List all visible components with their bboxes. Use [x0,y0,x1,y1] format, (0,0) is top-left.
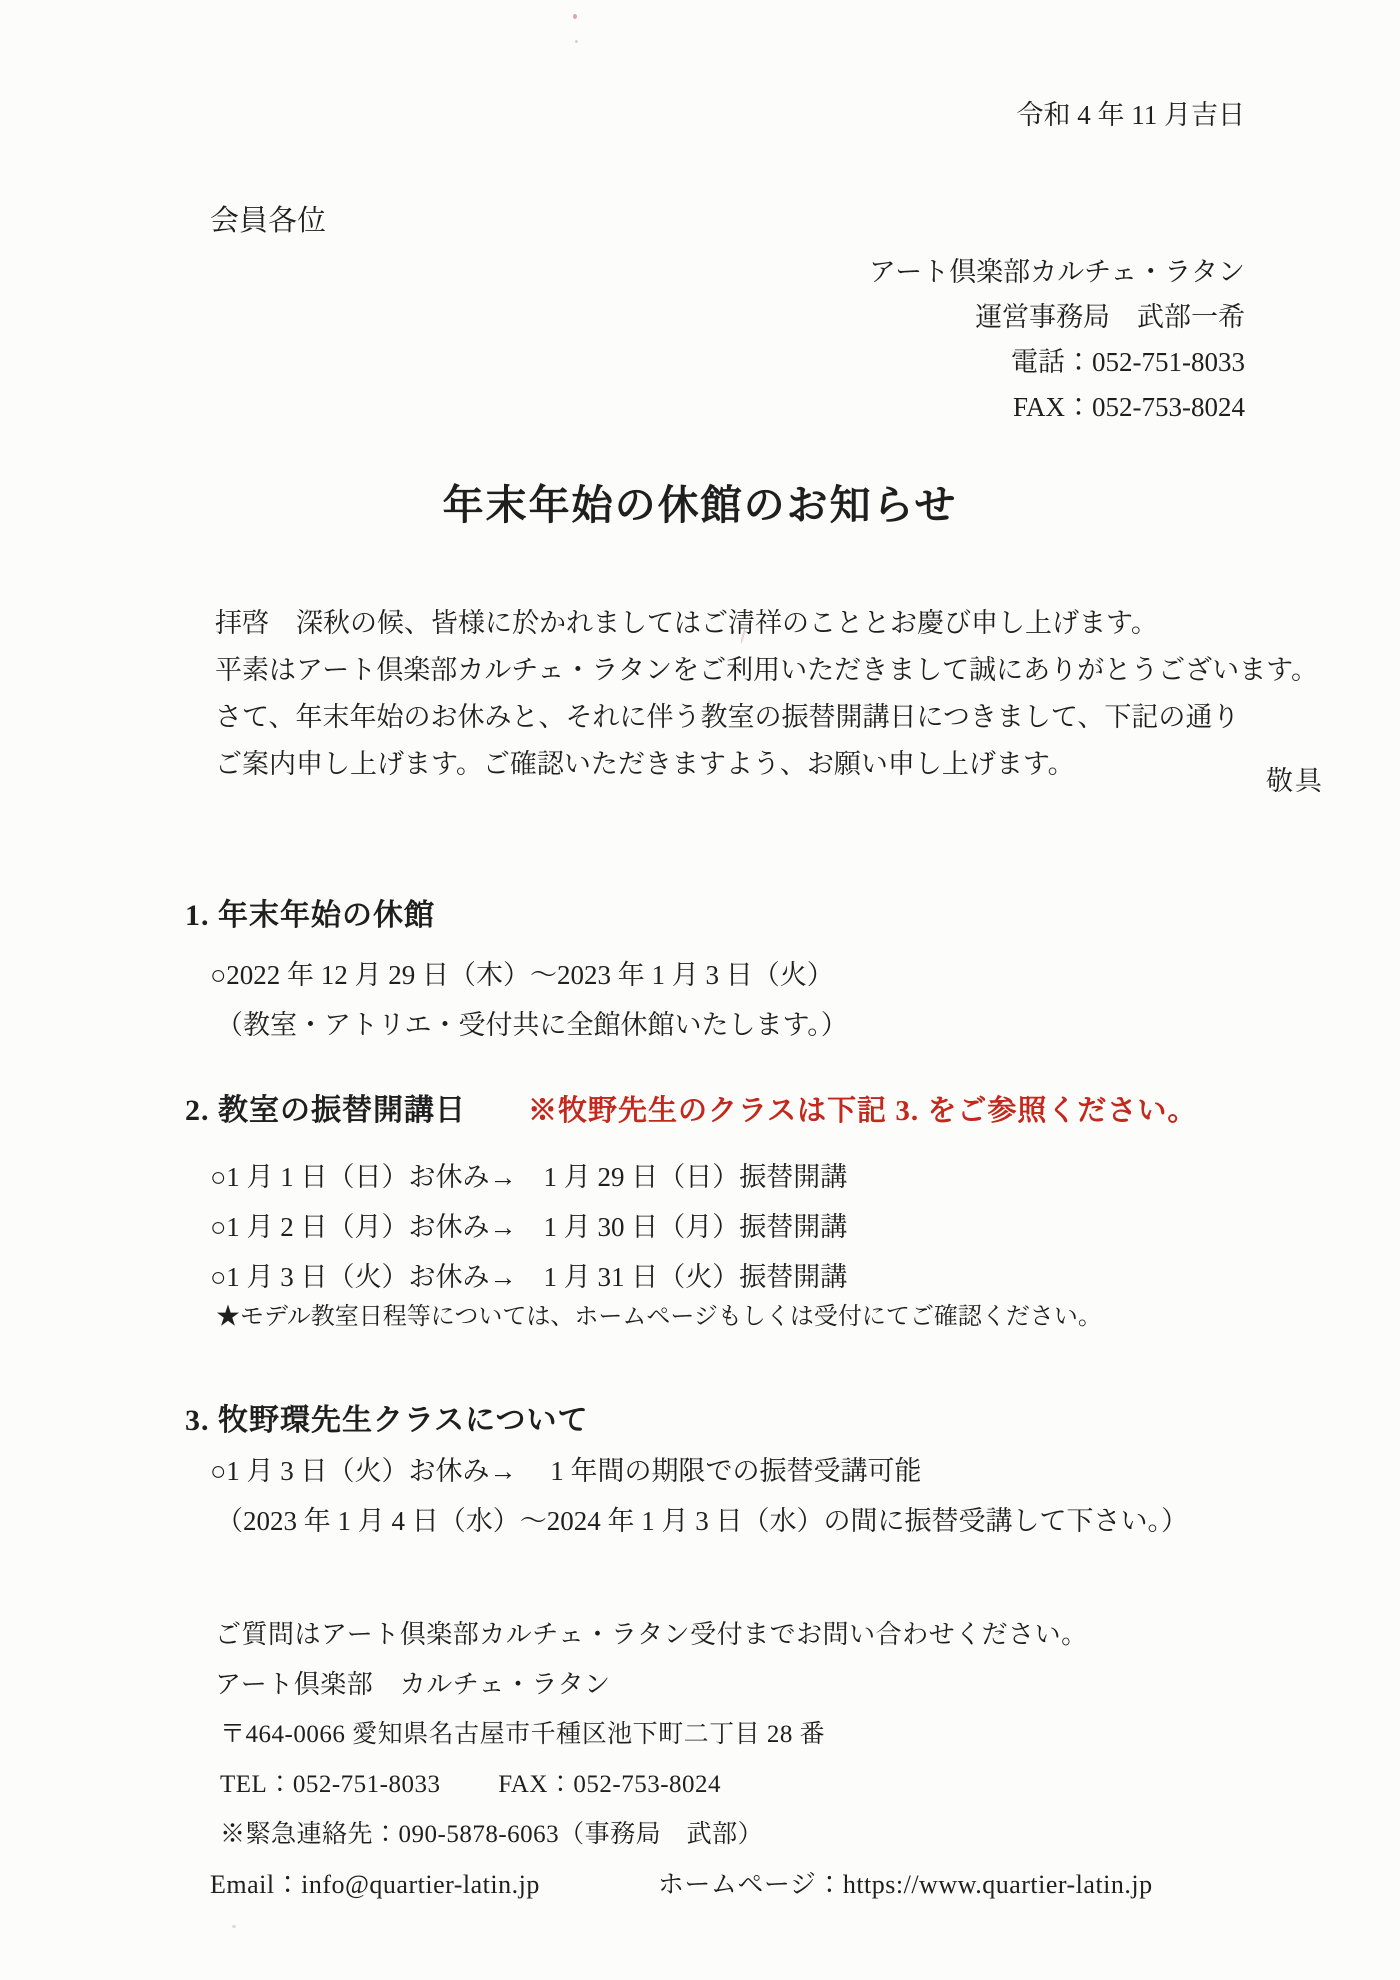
section2-red-note: ※牧野先生のクラスは下記 3. をご参照ください。 [528,1095,1197,1127]
sender-block: アート倶楽部カルチェ・ラタン 運営事務局 武部一希 電話：052-751-803… [869,250,1245,430]
footer-homepage: ホームページ：https://www.quartier-latin.jp [658,1870,1153,1899]
section1-detail: （教室・アトリエ・受付共に全館休館いたします。） [216,1012,848,1039]
document-page: 令和 4 年 11 月吉日 会員各位 アート倶楽部カルチェ・ラタン 運営事務局 … [0,0,1400,1980]
body-line-2: 平素はアート倶楽部カルチェ・ラタンをご利用いただきまして誠にありがとうございます… [215,647,1318,694]
section2-item-1: ○1 月 1 日（日）お休み→ 1 月 29 日（日）振替開講 [210,1152,847,1202]
closing-word: 敬具 [1266,768,1324,795]
footer-email-row: Email：info@quartier-latin.jpホームページ：https… [210,1872,1153,1898]
section2-item-2: ○1 月 2 日（月）お休み→ 1 月 30 日（月）振替開講 [210,1202,847,1252]
body-line-3: さて、年末年始のお休みと、それに伴う教室の振替開講日につきまして、下記の通り [215,694,1318,741]
scan-speck [708,700,711,704]
section3-heading: 3. 牧野環先生クラスについて [185,1395,589,1439]
section3-line-1: ○1 月 3 日（火）お休み→ 1 年間の期限での振替受講可能 [210,1458,922,1485]
sender-org: アート倶楽部カルチェ・ラタン [869,250,1245,295]
footer-tel-fax: TEL：052-751-8033 FAX：052-753-8024 [220,1772,721,1797]
sender-fax: FAX：052-753-8024 [869,385,1245,430]
footer-emergency: ※緊急連絡先：090-5878-6063（事務局 武部） [220,1822,763,1847]
recipient-line: 会員各位 [210,198,326,239]
section2-star-note: ★モデル教室日程等については、ホームページもしくは受付にてご確認ください。 [216,1305,1102,1329]
footer-email: Email：info@quartier-latin.jp [210,1870,540,1899]
document-date: 令和 4 年 11 月吉日 [1017,102,1246,129]
section1-dates: ○2022 年 12 月 29 日（木）～2023 年 1 月 3 日（火） [210,962,834,989]
sender-tel: 電話：052-751-8033 [869,340,1245,385]
section3-line-2: （2023 年 1 月 4 日（水）～2024 年 1 月 3 日（水）の間に振… [216,1508,1188,1535]
scan-speck [573,14,577,19]
footer-org: アート倶楽部 カルチェ・ラタン [215,1672,611,1698]
sender-office: 運営事務局 武部一希 [869,295,1245,340]
section2-heading-row: 2. 教室の振替開講日※牧野先生のクラスは下記 3. をご参照ください。 [185,1085,1197,1129]
section2-heading: 2. 教室の振替開講日 [185,1094,466,1127]
section2-item-3: ○1 月 3 日（火）お休み→ 1 月 31 日（火）振替開講 [210,1252,847,1302]
section2-item-list: ○1 月 1 日（日）お休み→ 1 月 29 日（日）振替開講 ○1 月 2 日… [210,1152,847,1302]
scan-speck [575,40,578,43]
body-line-4: ご案内申し上げます。ご確認いただきますよう、お願い申し上げます。 [215,741,1318,788]
document-title: 年末年始の休館のお知らせ [0,472,1400,531]
section1-heading: 1. 年末年始の休館 [185,890,435,934]
footer-contact-note: ご質問はアート倶楽部カルチェ・ラタン受付までお問い合わせください。 [215,1622,1088,1648]
footer-address: 〒464-0066 愛知県名古屋市千種区池下町二丁目 28 番 [220,1722,825,1747]
body-line-1: 拝啓 深秋の候、皆様に於かれましてはご清祥のこととお慶び申し上げます。 [215,600,1318,647]
body-paragraph: 拝啓 深秋の候、皆様に於かれましてはご清祥のこととお慶び申し上げます。 平素はア… [215,600,1318,788]
scan-speck [232,1925,236,1928]
